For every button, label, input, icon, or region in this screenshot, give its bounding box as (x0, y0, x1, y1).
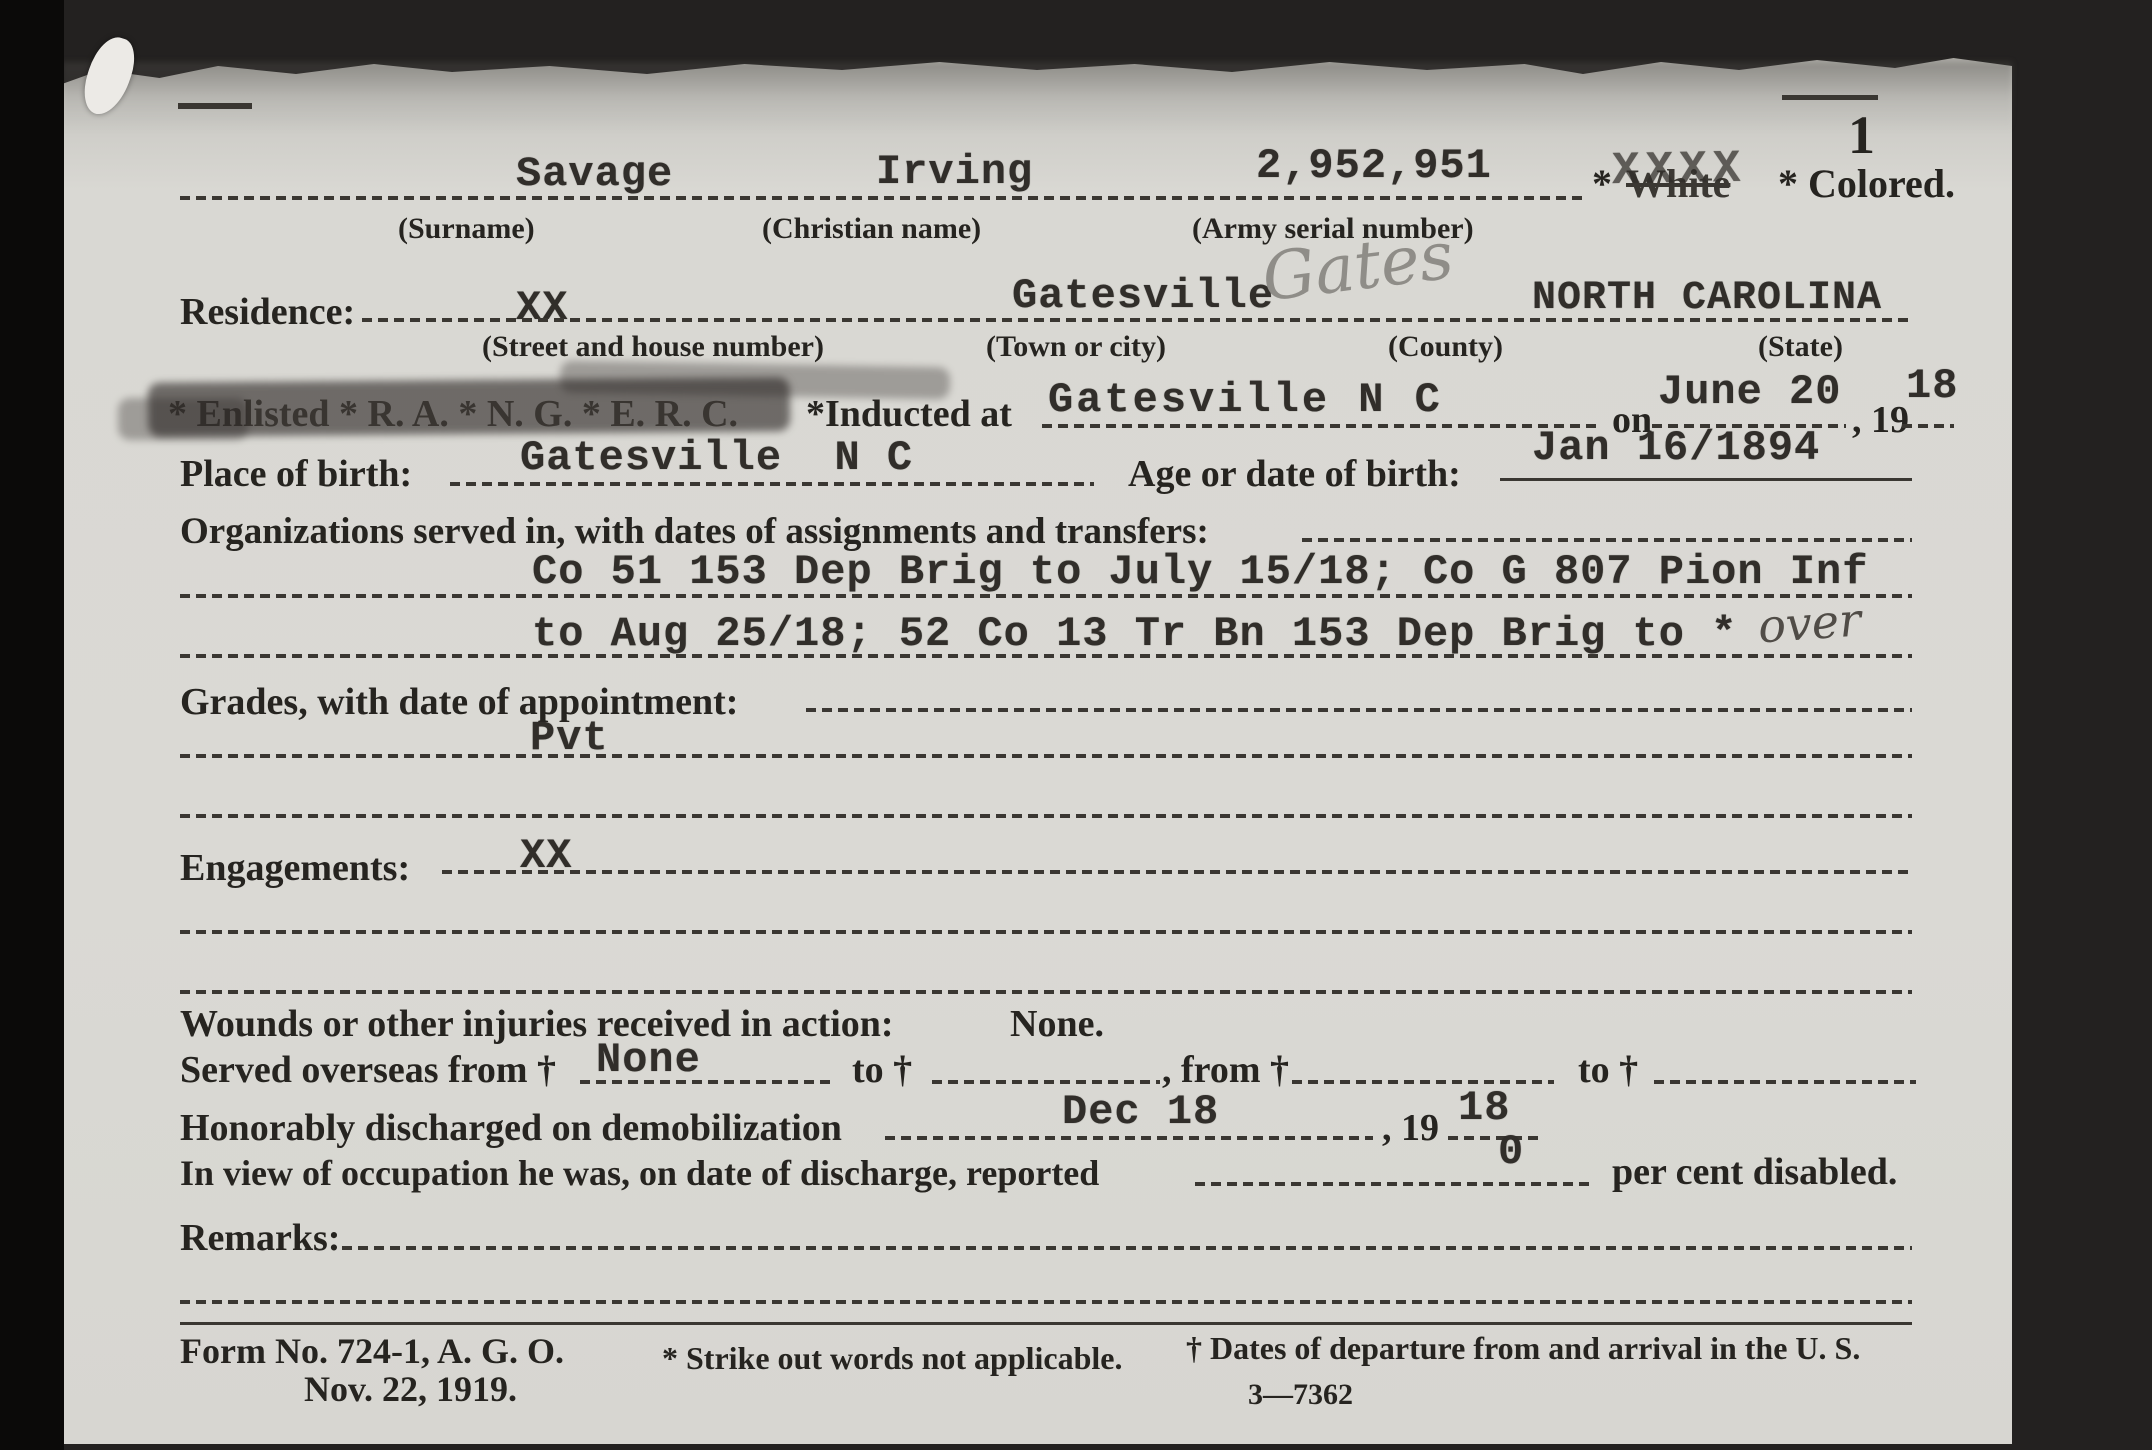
overseas-to1-line (932, 1080, 1160, 1084)
engagements-line0 (442, 870, 1912, 874)
page-number-rule (1782, 95, 1878, 100)
overseas-from1-value: None (596, 1036, 701, 1084)
induction-place-line (1042, 424, 1602, 428)
surname-value: Savage (516, 150, 673, 198)
residence-line (362, 318, 1910, 322)
induction-year-value: 18 (1906, 362, 1958, 410)
organizations-label: Organizations served in, with dates of a… (180, 510, 1209, 553)
engagements-line2 (180, 990, 1912, 994)
place-of-birth-label: Place of birth: (180, 452, 412, 496)
organizations-line2-rule (180, 654, 1912, 658)
discharge-year-prefix: , 19 (1382, 1106, 1439, 1150)
torn-edge-shadow (62, 62, 2012, 132)
surname-label: (Surname) (398, 212, 535, 246)
age-label: Age or date of birth: (1128, 452, 1461, 496)
overseas-from2-label: , from † (1162, 1048, 1289, 1092)
county-label: (County) (1388, 330, 1503, 364)
discharge-date-value: Dec 18 (1062, 1088, 1219, 1136)
footer-solid-rule (180, 1322, 1912, 1325)
induction-year-prefix: , 19 (1852, 398, 1909, 442)
overseas-prefix-label: Served overseas from † (180, 1048, 556, 1092)
engagements-label: Engagements: (180, 846, 410, 890)
disability-suffix-label: per cent disabled. (1612, 1150, 1897, 1194)
wounds-value: None. (1010, 1002, 1104, 1046)
induction-place-value: Gatesville N C (1048, 376, 1443, 424)
organizations-line2-value: to Aug 25/18; 52 Co 13 Tr Bn 153 Dep Bri… (532, 610, 1737, 658)
remarks-line (342, 1246, 1912, 1250)
induction-year-line (1902, 424, 1954, 428)
disability-label: In view of occupation he was, on date of… (180, 1152, 1099, 1194)
town-label: (Town or city) (986, 330, 1166, 364)
wounds-label: Wounds or other injuries received in act… (180, 1002, 894, 1046)
residence-street-value: XX (516, 284, 568, 332)
overseas-to2-label: to † (1578, 1048, 1638, 1092)
page-number: 1 (1848, 104, 1875, 166)
record-card-paper (62, 40, 2012, 1444)
white-asterisk: * (1592, 160, 1612, 207)
name-row-line (180, 196, 1585, 200)
age-line (1500, 478, 1912, 481)
overseas-to2-line (1654, 1080, 1916, 1084)
christian-name-label: (Christian name) (762, 212, 981, 246)
overseas-from1-line (580, 1080, 836, 1084)
footnote-dagger: † Dates of departure from and arrival in… (1186, 1330, 1860, 1367)
engagements-line1 (180, 930, 1912, 934)
colored-option: * Colored. (1778, 160, 1955, 207)
place-of-birth-value: Gatesville N C (520, 434, 913, 482)
serial-number-value: 2,952,951 (1256, 142, 1492, 190)
white-strike-marks: XXXX (1612, 143, 1747, 197)
overseas-to1-label: to † (852, 1048, 912, 1092)
age-value: Jan 16/1894 (1532, 424, 1820, 472)
street-label: (Street and house number) (482, 330, 824, 364)
organizations-line1-rule (180, 594, 1912, 598)
grades-line1 (180, 754, 1912, 758)
print-code: 3—7362 (1248, 1378, 1353, 1412)
footer-dashed-rule (180, 1300, 1912, 1304)
discharge-label: Honorably discharged on demobilization (180, 1106, 842, 1150)
scan-left-border (0, 0, 64, 1450)
organizations-over-note: over (1756, 592, 1862, 653)
grades-label: Grades, with date of appointment: (180, 680, 738, 724)
top-left-mark (178, 103, 252, 109)
induction-date-value: June 20 (1658, 368, 1841, 416)
state-label: (State) (1758, 330, 1843, 364)
disability-value: 0 (1498, 1128, 1524, 1176)
form-date: Nov. 22, 1919. (304, 1368, 517, 1410)
discharge-year-line (1448, 1136, 1540, 1140)
footnote-asterisk: * Strike out words not applicable. (662, 1340, 1122, 1377)
discharge-year-value: 18 (1458, 1084, 1510, 1132)
remarks-label: Remarks: (180, 1216, 340, 1260)
christian-name-value: Irving (876, 148, 1033, 196)
form-number: Form No. 724-1, A. G. O. (180, 1330, 564, 1372)
grades-line0 (806, 708, 1912, 712)
overseas-from2-line (1292, 1080, 1554, 1084)
disability-line (1195, 1182, 1595, 1186)
residence-town-value: Gatesville (1012, 272, 1274, 320)
place-of-birth-line (450, 482, 1094, 486)
organizations-line1-value: Co 51 153 Dep Brig to July 15/18; Co G 8… (532, 548, 1868, 596)
strikeout-smudge-left (118, 398, 248, 440)
residence-state-value: NORTH CAROLINA (1532, 276, 1882, 321)
strikeout-smudge-upper (560, 361, 950, 400)
grades-line2 (180, 814, 1912, 818)
organizations-line0 (1302, 538, 1912, 542)
discharge-date-line (885, 1136, 1373, 1140)
residence-label: Residence: (180, 290, 355, 334)
